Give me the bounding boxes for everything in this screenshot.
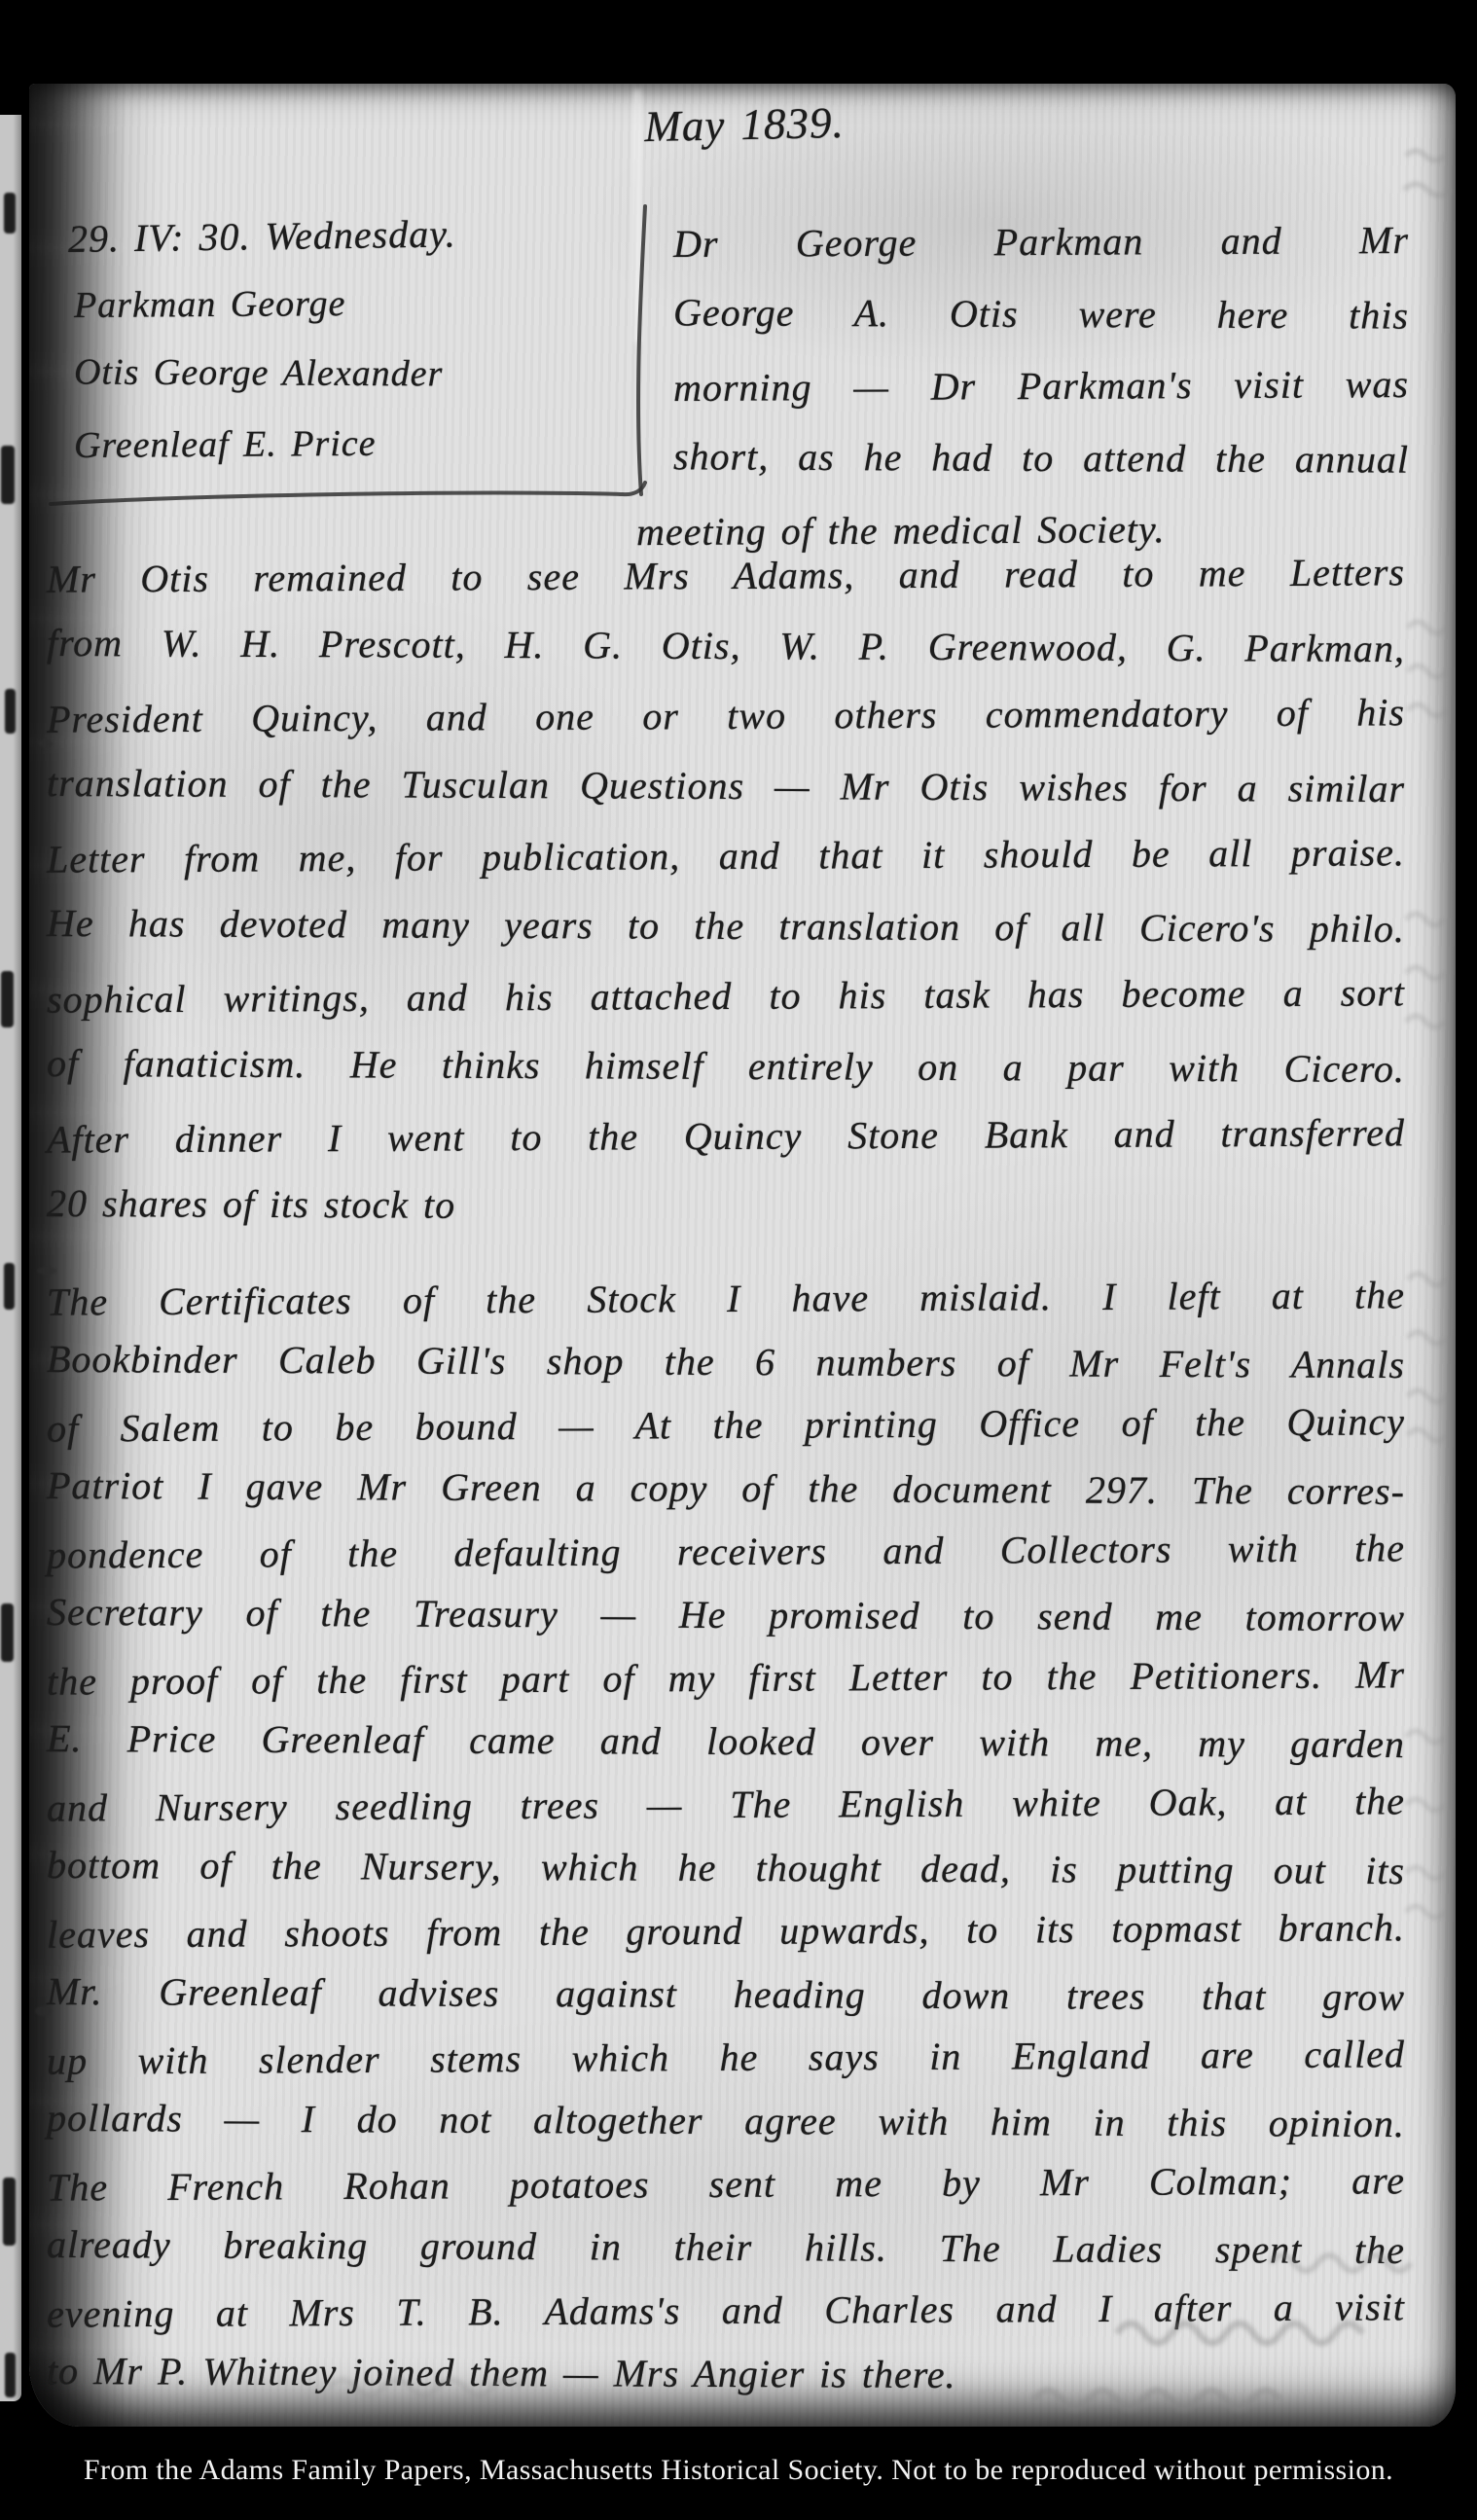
diary-line: The Certificates of the Stock I have mis… [47,1263,1405,1333]
ink-bleedthrough-mark [1403,603,1459,730]
diary-line: 20 shares of its stock to [47,1169,1405,1244]
diary-line: pondence of the defaulting receivers and… [47,1516,1405,1586]
diary-line: E. Price Greenleaf came and looked over … [47,1707,1405,1776]
diary-line: sophical writings, and his attached to h… [47,957,1405,1034]
ink-bleedthrough-mark [1,1603,14,1662]
diary-line: of Salem to be bound — At the printing O… [47,1389,1405,1459]
entry-summary-line: George A. Otis were here this [673,276,1409,351]
diary-line: of fanaticism. He thinks himself entirel… [47,1028,1405,1104]
photo-credit: From the Adams Family Papers, Massachuse… [0,2454,1477,2487]
diary-line: translation of the Tusculan Questions — … [47,748,1405,824]
diary-line: already breaking ground in their hills. … [47,2213,1405,2282]
ink-speck [37,1267,56,1275]
diary-line: from W. H. Prescott, H. G. Otis, W. P. G… [47,608,1405,684]
ink-bleedthrough-mark [5,689,16,734]
ink-bleedthrough-mark [1403,1255,1458,1450]
ink-bleedthrough-mark [1399,136,1459,224]
adjacent-page-edge [0,115,21,2401]
diary-line: pollards — I do not altogether agree wit… [47,2086,1405,2155]
ink-bleedthrough-mark [1401,895,1458,1041]
diary-line: Secretary of the Treasury — He promised … [47,1580,1405,1649]
ink-bleedthrough-mark [4,193,16,234]
ink-bleedthrough-mark [1109,2304,1401,2355]
month-year-heading: May 1839. [573,90,915,159]
entry-summary: Dr George Parkman and Mr George A. Otis … [673,206,1409,566]
entry-box-rules [39,185,701,516]
diary-body: Mr Otis remained to see Mrs Adams, and r… [47,541,1405,2405]
diary-line: Letter from me, for publication, and tha… [47,817,1405,894]
ink-bleedthrough-mark [4,1263,15,1310]
ink-bleedthrough-mark [1,446,15,504]
diary-line: Patriot I gave Mr Green a copy of the do… [47,1454,1405,1523]
diary-line: Mr. Greenleaf advises against heading do… [47,1960,1405,2029]
diary-line: leaves and shoots from the ground upward… [47,1895,1405,1965]
diary-line: up with slender stems which he says in E… [47,2022,1405,2092]
ink-bleedthrough-mark [3,2178,16,2246]
ink-bleedthrough-mark [1,971,14,1027]
diary-line: Bookbinder Caleb Gill's shop the 6 numbe… [47,1327,1405,1396]
diary-line: After dinner I went to the Quincy Stone … [47,1098,1405,1174]
diary-line: the proof of the first part of my first … [47,1642,1405,1712]
ink-bleedthrough-mark [5,2353,16,2397]
diary-line: He has devoted many years to the transla… [47,888,1405,964]
ink-speck [35,2006,51,2016]
entry-summary-line: short, as he had to attend the annual [673,420,1409,495]
diary-line: bottom of the Nursery, which he thought … [47,1833,1405,1902]
manuscript-scan: May 1839. 29. IV: 30. Wednesday. Parkman… [0,0,1477,2520]
ink-bleedthrough-mark [1265,2238,1430,2283]
ink-speck [39,739,53,748]
ink-bleedthrough-mark [1027,2374,1328,2417]
ink-bleedthrough-mark [321,2364,564,2403]
entry-summary-line: Dr George Parkman and Mr [673,204,1409,280]
diary-line: Mr Otis remained to see Mrs Adams, and r… [47,537,1405,614]
diary-line: President Quincy, and one or two others … [47,677,1405,754]
diary-line: and Nursery seedling trees — The English… [47,1769,1405,1839]
diary-line: The French Rohan potatoes sent me by Mr … [47,2148,1405,2218]
ink-bleedthrough-mark [1401,1712,1456,1926]
entry-summary-line: morning — Dr Parkman's visit was [673,348,1409,424]
